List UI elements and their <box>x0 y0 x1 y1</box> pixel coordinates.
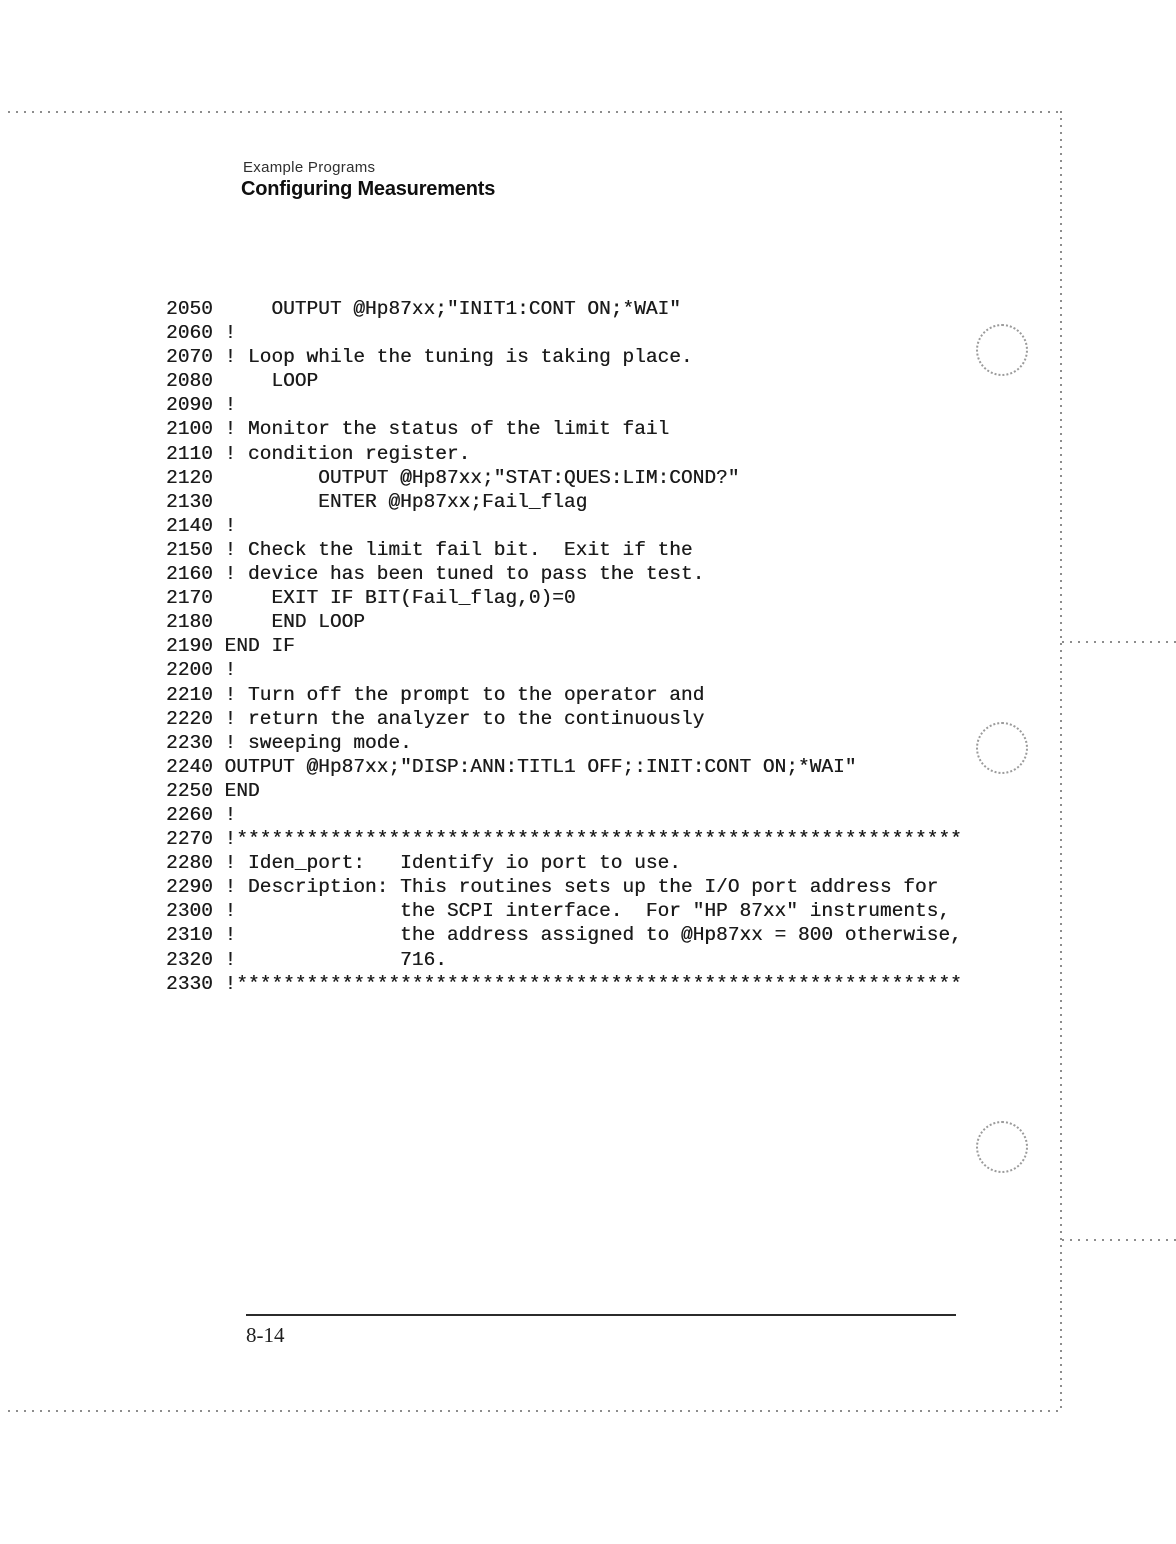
section-title: Configuring Measurements <box>241 178 495 201</box>
code-line: 2310 ! the address assigned to @Hp87xx =… <box>166 923 962 947</box>
code-line: 2160 ! device has been tuned to pass the… <box>166 562 962 586</box>
code-line: 2330 !**********************************… <box>166 972 962 996</box>
code-line: 2230 ! sweeping mode. <box>166 731 962 755</box>
registration-tick-upper <box>1062 641 1176 643</box>
code-line: 2240 OUTPUT @Hp87xx;"DISP:ANN:TITL1 OFF;… <box>166 755 962 779</box>
page-border-right <box>1060 111 1062 1412</box>
code-line: 2220 ! return the analyzer to the contin… <box>166 707 962 731</box>
code-listing: 2050 OUTPUT @Hp87xx;"INIT1:CONT ON;*WAI"… <box>166 297 962 996</box>
code-line: 2260 ! <box>166 803 962 827</box>
hole-punch-top <box>976 324 1028 376</box>
code-line: 2200 ! <box>166 658 962 682</box>
page-border-bottom <box>8 1410 1062 1412</box>
chapter-eyebrow: Example Programs <box>243 159 375 176</box>
code-line: 2050 OUTPUT @Hp87xx;"INIT1:CONT ON;*WAI" <box>166 297 962 321</box>
code-line: 2080 LOOP <box>166 369 962 393</box>
scanned-manual-page: Example Programs Configuring Measurement… <box>0 0 1176 1544</box>
code-line: 2270 !**********************************… <box>166 827 962 851</box>
code-line: 2210 ! Turn off the prompt to the operat… <box>166 683 962 707</box>
code-line: 2100 ! Monitor the status of the limit f… <box>166 417 962 441</box>
code-line: 2280 ! Iden_port: Identify io port to us… <box>166 851 962 875</box>
hole-punch-bottom <box>976 1121 1028 1173</box>
hole-punch-middle <box>976 722 1028 774</box>
code-line: 2320 ! 716. <box>166 948 962 972</box>
code-line: 2090 ! <box>166 393 962 417</box>
footer-rule <box>246 1314 956 1316</box>
registration-tick-lower <box>1062 1239 1176 1241</box>
code-line: 2070 ! Loop while the tuning is taking p… <box>166 345 962 369</box>
code-line: 2060 ! <box>166 321 962 345</box>
page-number: 8-14 <box>246 1323 285 1348</box>
code-line: 2300 ! the SCPI interface. For "HP 87xx"… <box>166 899 962 923</box>
code-line: 2140 ! <box>166 514 962 538</box>
page-border-top <box>8 111 1062 113</box>
code-line: 2180 END LOOP <box>166 610 962 634</box>
code-line: 2190 END IF <box>166 634 962 658</box>
code-line: 2130 ENTER @Hp87xx;Fail_flag <box>166 490 962 514</box>
code-line: 2110 ! condition register. <box>166 442 962 466</box>
code-line: 2290 ! Description: This routines sets u… <box>166 875 962 899</box>
code-line: 2150 ! Check the limit fail bit. Exit if… <box>166 538 962 562</box>
code-line: 2250 END <box>166 779 962 803</box>
code-line: 2170 EXIT IF BIT(Fail_flag,0)=0 <box>166 586 962 610</box>
code-line: 2120 OUTPUT @Hp87xx;"STAT:QUES:LIM:COND?… <box>166 466 962 490</box>
